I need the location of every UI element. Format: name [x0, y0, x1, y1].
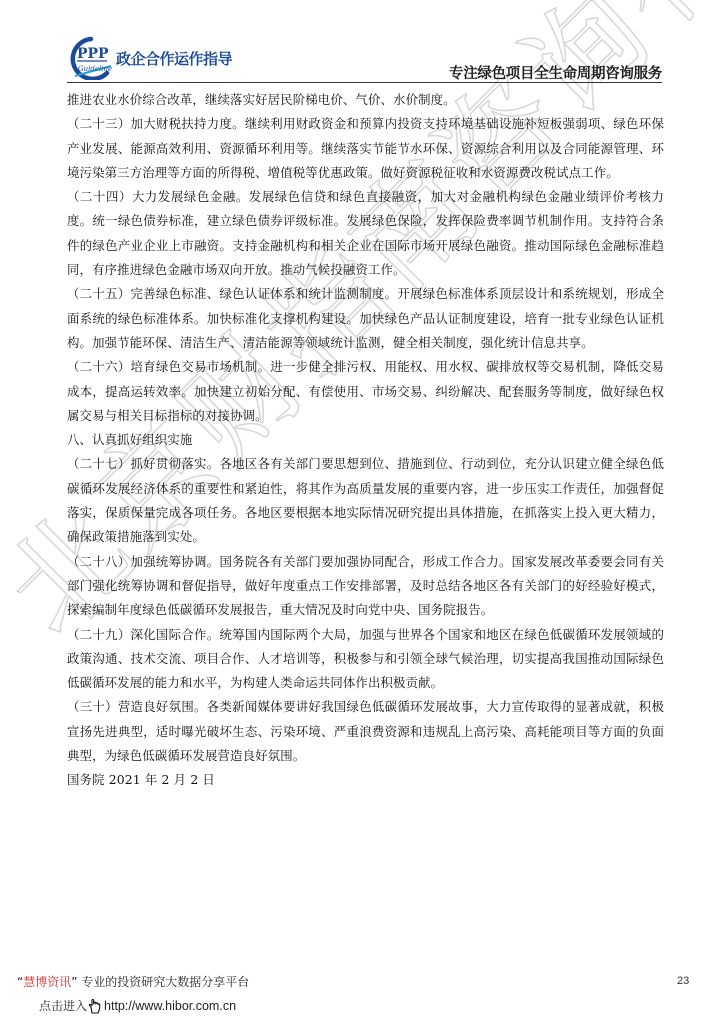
page-number: 23 [677, 975, 689, 987]
logo-mark-text: PPP [77, 46, 109, 62]
page-header: PPP Guideline 政企合作运作指导 专注绿色项目全生命周期咨询服务 [67, 36, 662, 82]
footer-link-prefix: 点击进入 [39, 997, 87, 1014]
paragraph-29-international: （二十九）深化国际合作。统筹国内国际两个大局，加强与世界各个国家和地区在绿色低碳… [67, 623, 664, 696]
header-tagline: 专注绿色项目全生命周期咨询服务 [449, 62, 662, 83]
footer-brand: 慧博资讯 [23, 975, 71, 989]
signature-date: 国务院 2021 年 2 月 2 日 [67, 768, 664, 792]
section-heading-8: 八、认真抓好组织实施 [67, 428, 664, 452]
footer-slogan: 专业的投资研究大数据分享平台 [77, 975, 249, 989]
paragraph-26-green-trading: （二十六）培育绿色交易市场机制。进一步健全排污权、用能权、用水权、碳排放权等交易… [67, 355, 664, 428]
paragraph-water-price: 推进农业水价综合改革，继续落实好居民阶梯电价、气价、水价制度。 [67, 88, 664, 112]
page-footer: “慧博资讯” 专业的投资研究大数据分享平台 点击进入 http://www.hi… [0, 960, 724, 1024]
paragraph-24-green-finance: （二十四）大力发展绿色金融。发展绿色信贷和绿色直接融资，加大对金融机构绿色金融业… [67, 185, 664, 282]
ppp-guideline-logo-icon: PPP Guideline [67, 36, 115, 80]
paragraph-23-fiscal-support: （二十三）加大财税扶持力度。继续利用财政资金和预算内投资支持环境基础设施补短板强… [67, 112, 664, 185]
footer-slogan-line: “慧博资讯” 专业的投资研究大数据分享平台 [17, 973, 249, 990]
paragraph-28-coordination: （二十八）加强统筹协调。国务院各有关部门要加强协同配合，形成工作合力。国家发展改… [67, 550, 664, 623]
header-divider [67, 82, 662, 83]
paragraph-30-atmosphere: （三十）营造良好氛围。各类新闻媒体要讲好我国绿色低碳循环发展故事，大力宣传取得的… [67, 695, 664, 768]
paragraph-27-implementation: （二十七）抓好贯彻落实。各地区各有关部门要思想到位、措施到位、行动到位，充分认识… [67, 452, 664, 549]
hand-pointer-icon [88, 998, 102, 1014]
hibor-link[interactable]: http://www.hibor.com.cn [104, 999, 236, 1013]
document-body: 推进农业水价综合改革，继续落实好居民阶梯电价、气价、水价制度。 （二十三）加大财… [67, 88, 664, 793]
footer-link-line: 点击进入 http://www.hibor.com.cn [39, 997, 236, 1014]
logo-script-text: Guideline [78, 65, 112, 73]
logo-title: 政企合作运作指导 [116, 48, 232, 69]
paragraph-25-green-standards: （二十五）完善绿色标准、绿色认证体系和统计监测制度。开展绿色标准体系顶层设计和系… [67, 282, 664, 355]
